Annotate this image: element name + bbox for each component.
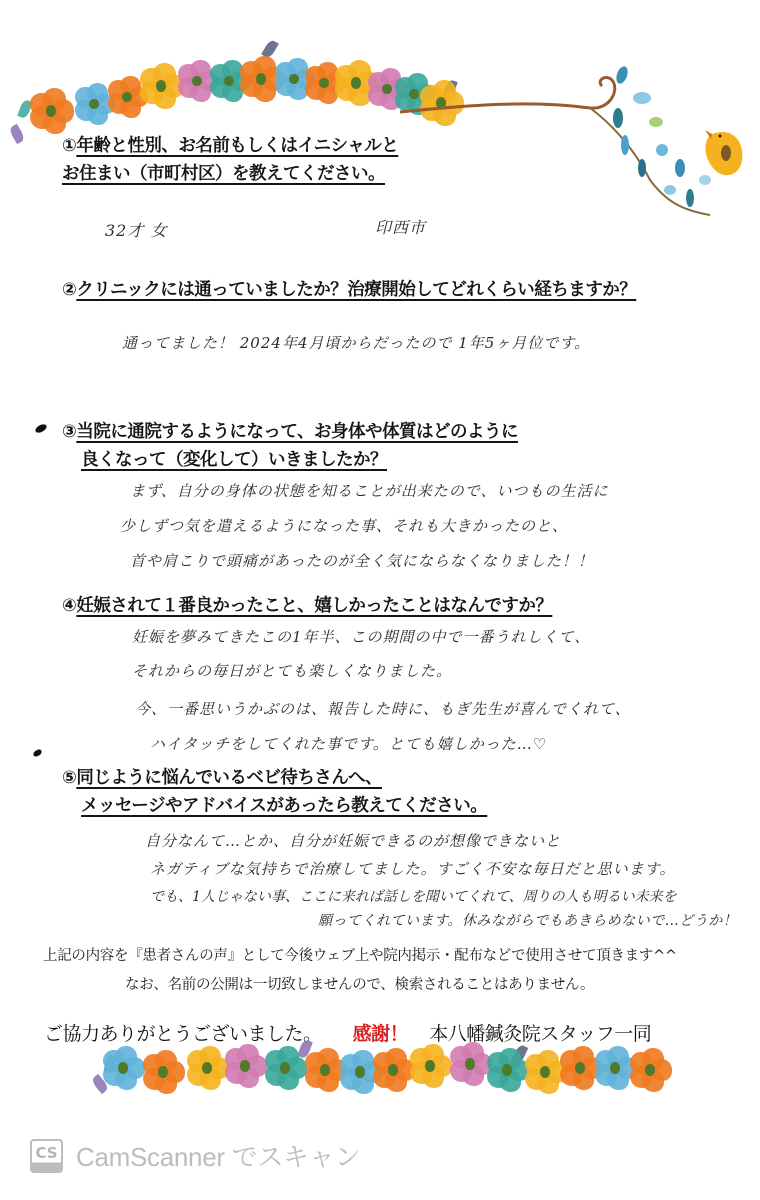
answer-1-age-gender: 32才 女 — [105, 218, 167, 241]
question-line: 妊娠されて１番良かったこと、嬉しかったことはなんですか？ — [76, 596, 552, 616]
question-2: ②クリニックには通っていましたか？治療開始してどれくらい経ちますか？ — [62, 276, 636, 304]
question-line: 年齢と性別、お名前もしくはイニシャルと — [76, 136, 398, 156]
flower-decoration — [225, 1046, 265, 1086]
flower-decoration — [187, 1048, 227, 1088]
flower-decoration — [410, 1046, 450, 1086]
question-number: ② — [62, 280, 76, 300]
flower-decoration — [140, 65, 182, 107]
answer-4-line-2: それからの毎日がとても楽しくなりました。 — [132, 660, 452, 681]
question-line: クリニックには通っていましたか？治療開始してどれくらい経ちますか？ — [76, 280, 636, 300]
question-line: 良くなって（変化して）いきましたか？ — [62, 450, 387, 470]
question-4: ④妊娠されて１番良かったこと、嬉しかったことはなんですか？ — [62, 592, 552, 620]
flower-decoration — [560, 1048, 600, 1088]
privacy-notice: なお、名前の公開は一切致しませんので、検索されることはありません。 — [125, 973, 594, 994]
scan-mark — [32, 749, 43, 758]
answer-5-line-4: 願ってくれています。休みながらでもあきらめないで…どうか！ — [318, 910, 737, 930]
question-line: 当院に通院するようになって、お身体や体質はどのように — [76, 422, 518, 442]
flower-decoration — [30, 90, 72, 132]
question-number: ④ — [62, 596, 76, 616]
question-number: ① — [62, 136, 76, 156]
flower-decoration — [373, 1050, 413, 1090]
bottom-floral-garland — [95, 1040, 665, 1100]
flower-decoration — [305, 1050, 345, 1090]
answer-4-line-3: 今、一番思いうかぶのは、報告した時に、もぎ先生が喜んでくれて、 — [135, 698, 631, 719]
camscanner-watermark: CamScanner でスキャン — [76, 1137, 360, 1174]
scan-mark — [34, 423, 48, 434]
leaf-decoration — [8, 124, 26, 145]
vine-with-bird-decoration — [380, 50, 760, 250]
answer-5-line-2: ネガティブな気持ちで治療してました。すごく不安な毎日だと思います。 — [150, 858, 675, 879]
answer-2: 通ってました！ 2024年4月頃からだったので 1年5ヶ月位です。 — [122, 332, 590, 353]
answer-5-line-1: 自分なんて…とか、自分が妊娠できるのが想像できないと — [145, 830, 561, 851]
flower-decoration — [595, 1048, 635, 1088]
answer-1-city: 印西市 — [375, 215, 426, 238]
flower-decoration — [487, 1050, 527, 1090]
question-line: お住まい（市町村区）を教えてください。 — [62, 164, 385, 184]
flower-decoration — [450, 1044, 490, 1084]
question-line: 同じように悩んでいるベビ待ちさんへ、 — [76, 768, 382, 788]
answer-5-line-3: でも、1人じゃない事、ここに来れば話しを聞いてくれて、周りの人も明るい未来を — [150, 886, 677, 906]
question-line: メッセージやアドバイスがあったら教えてください。 — [62, 796, 487, 816]
question-number: ⑤ — [62, 768, 76, 788]
camscanner-logo-icon: CS — [30, 1139, 63, 1173]
question-number: ③ — [62, 422, 76, 442]
flower-decoration — [103, 1048, 143, 1088]
question-1: ①年齢と性別、お名前もしくはイニシャルと お住まい（市町村区）を教えてください。 — [62, 132, 398, 188]
flower-decoration — [525, 1052, 565, 1092]
question-5: ⑤同じように悩んでいるベビ待ちさんへ、 メッセージやアドバイスがあったら教えてく… — [62, 764, 487, 820]
flower-decoration — [143, 1052, 183, 1092]
answer-3-line-1: まず、自分の身体の状態を知ることが出来たので、いつもの生活に — [130, 480, 609, 501]
answer-4-line-4: ハイタッチをしてくれた事です。とても嬉しかった…♡ — [150, 733, 547, 754]
answer-3-line-2: 少しずつ気を遣えるようになった事、それも大きかったのと、 — [120, 515, 568, 536]
flower-decoration — [265, 1048, 305, 1088]
flower-decoration — [630, 1050, 670, 1090]
answer-3-line-3: 首や肩こりで頭痛があったのが全く気にならなくなりました！！ — [130, 550, 594, 571]
answer-4-line-1: 妊娠を夢みてきたこの1年半、この期間の中で一番うれしくて、 — [132, 626, 590, 647]
usage-notice: 上記の内容を『患者さんの声』として今後ウェブ上や院内掲示・配布などで使用させて頂… — [43, 944, 677, 965]
question-3: ③当院に通院するようになって、お身体や体質はどのように 良くなって（変化して）い… — [62, 418, 518, 474]
